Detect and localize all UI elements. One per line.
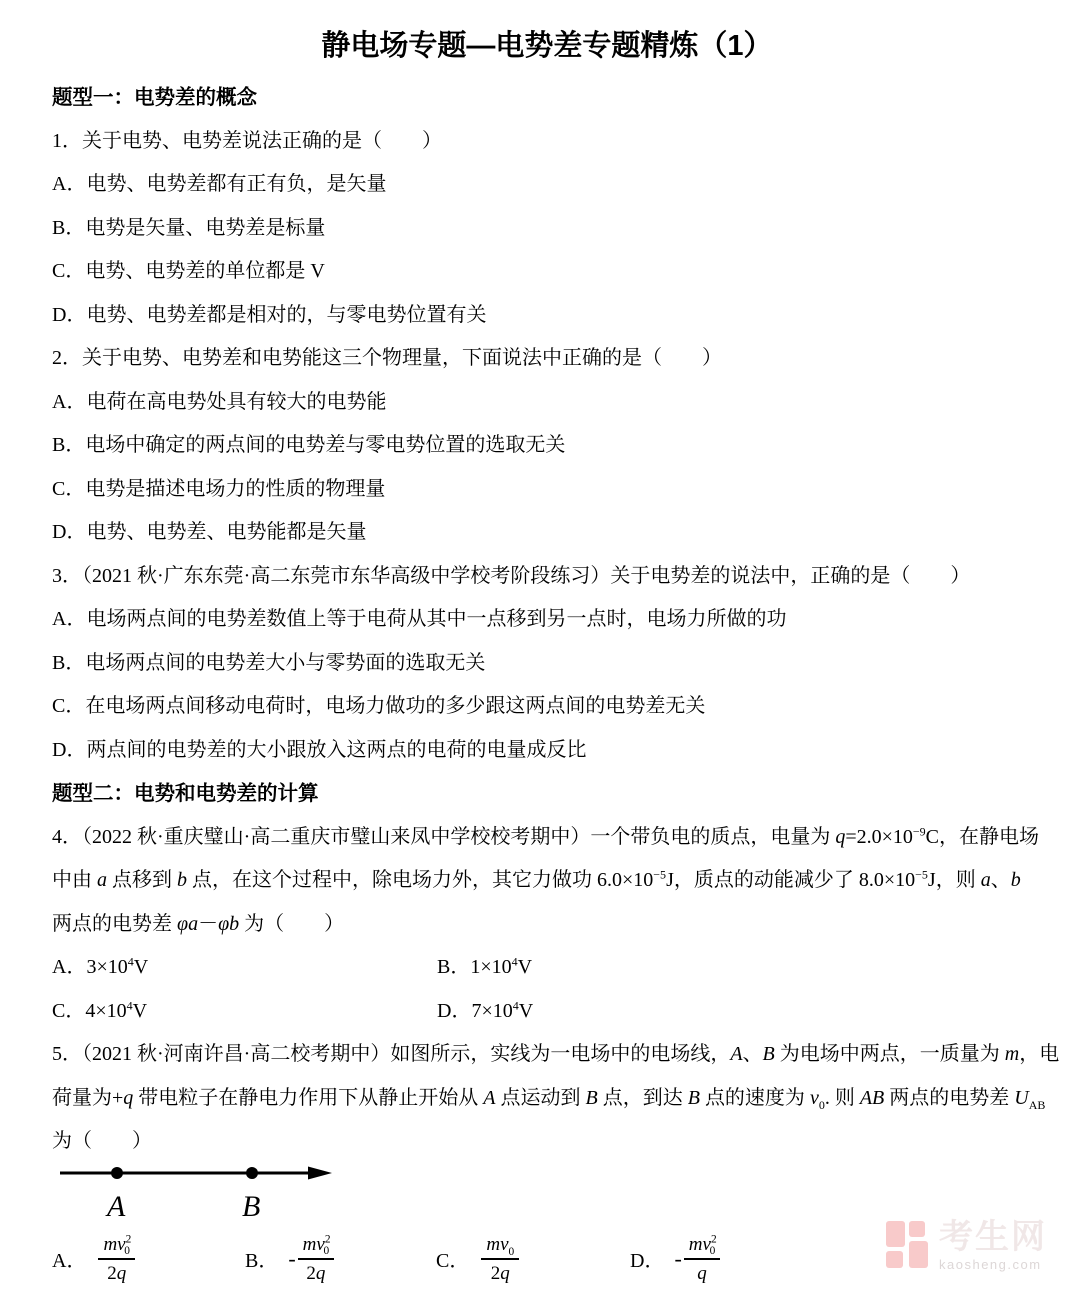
q5-option-a: A． mv20 2q: [52, 1226, 135, 1292]
document-page: 静电场专题—电势差专题精炼（1） 题型一：电势差的概念 1．关于电势、电势差说法…: [52, 0, 1042, 1292]
q1-option-d: D．电势、电势差都是相对的，与零电势位置有关: [52, 294, 1042, 338]
q5-option-b-sign: -: [288, 1246, 295, 1272]
q4-option-c: C．4×104V: [52, 1000, 147, 1022]
q5-option-a-denominator: 2q: [98, 1260, 135, 1284]
q5-option-a-label: A．: [52, 1244, 86, 1273]
q5-option-d-fraction: mv20 q: [684, 1234, 721, 1284]
q5-figure: A B: [52, 1164, 1042, 1226]
q5-option-c-fraction: mv0 2q: [481, 1234, 519, 1284]
watermark-domain: kaosheng.com: [939, 1257, 1047, 1272]
q5-option-b: B． - mv20 2q: [245, 1226, 334, 1292]
q5-option-d: D． - mv20 q: [630, 1226, 720, 1292]
q4-option-a: A．3×104V: [52, 956, 148, 978]
q1-stem: 1．关于电势、电势差说法正确的是（ ）: [52, 120, 1042, 164]
point-b-dot: [246, 1167, 258, 1179]
q3-option-d: D．两点间的电势差的大小跟放入这两点的电荷的电量成反比: [52, 729, 1042, 773]
kaosheng-logo-icon: [886, 1221, 930, 1271]
q2-option-a: A．电荷在高电势处具有较大的电势能: [52, 381, 1042, 425]
q2-stem: 2．关于电势、电势差和电势能这三个物理量，下面说法中正确的是（ ）: [52, 337, 1042, 381]
q4-options-row1: A．3×104V B．1×104V: [52, 946, 1042, 990]
section1-heading: 题型一：电势差的概念: [52, 76, 1042, 120]
q5-option-d-sign: -: [674, 1246, 681, 1272]
q3-stem: 3．（2021 秋·广东东莞·高二东莞市东华高级中学校考阶段练习）关于电势差的说…: [52, 555, 1042, 599]
q2-option-c: C．电势是描述电场力的性质的物理量: [52, 468, 1042, 512]
point-b-label: B: [242, 1190, 260, 1223]
q4-option-b: B．1×104V: [437, 946, 532, 990]
watermark: 考生网 kaosheng.com: [886, 1220, 1047, 1272]
q5-option-a-fraction: mv20 2q: [98, 1234, 135, 1284]
q5-option-b-fraction: mv20 2q: [298, 1234, 335, 1284]
field-line-diagram: A B: [58, 1164, 348, 1224]
q1-option-c: C．电势、电势差的单位都是 V: [52, 250, 1042, 294]
section2-heading: 题型二：电势和电势差的计算: [52, 772, 1042, 816]
point-a-dot: [111, 1167, 123, 1179]
q2-option-b: B．电场中确定的两点间的电势差与零电势位置的选取无关: [52, 424, 1042, 468]
q5-option-b-label: B．: [245, 1244, 278, 1273]
q4-stem-line1: 4．（2022 秋·重庆璧山·高二重庆市璧山来凤中学校校考期中）一个带负电的质点…: [52, 816, 1042, 860]
point-a-label: A: [105, 1190, 126, 1223]
q5-option-b-numerator: mv20: [298, 1234, 335, 1260]
q5-option-c: C． mv0 2q: [436, 1226, 519, 1292]
q5-option-d-numerator: mv20: [684, 1234, 721, 1260]
q4-option-d: D．7×104V: [437, 990, 533, 1034]
q5-option-c-denominator: 2q: [481, 1260, 519, 1284]
watermark-text: 考生网 kaosheng.com: [939, 1220, 1047, 1272]
q3-option-c: C．在电场两点间移动电荷时，电场力做功的多少跟这两点间的电势差无关: [52, 685, 1042, 729]
q5-option-b-denominator: 2q: [298, 1260, 335, 1284]
q5-option-d-label: D．: [630, 1244, 664, 1273]
q5-stem-line3: 为（ ）: [52, 1120, 1042, 1164]
q1-option-b: B．电势是矢量、电势差是标量: [52, 207, 1042, 251]
arrowhead-icon: [308, 1166, 332, 1179]
page-title: 静电场专题—电势差专题精炼（1）: [52, 0, 1042, 76]
q5-option-d-denominator: q: [684, 1260, 721, 1284]
watermark-brand: 考生网: [939, 1220, 1047, 1254]
q5-stem-line1: 5．（2021 秋·河南许昌·高二校考期中）如图所示，实线为一电场中的电场线，A…: [52, 1033, 1042, 1077]
q5-option-a-numerator: mv20: [98, 1234, 135, 1260]
q3-option-b: B．电场两点间的电势差大小与零势面的选取无关: [52, 642, 1042, 686]
q3-option-a: A．电场两点间的电势差数值上等于电荷从其中一点移到另一点时，电场力所做的功: [52, 598, 1042, 642]
q5-stem-line2: 荷量为+q 带电粒子在静电力作用下从静止开始从 A 点运动到 B 点，到达 B …: [52, 1077, 1042, 1121]
q4-stem-line2: 中由 a 点移到 b 点，在这个过程中，除电场力外，其它力做功 6.0×10−5…: [52, 859, 1042, 903]
q5-option-c-numerator: mv0: [481, 1234, 519, 1260]
q4-options-row2: C．4×104V D．7×104V: [52, 990, 1042, 1034]
q4-stem-line3: 两点的电势差 φa－φb 为（ ）: [52, 903, 1042, 947]
q5-option-c-label: C．: [436, 1244, 469, 1273]
q1-option-a: A．电势、电势差都有正有负，是矢量: [52, 163, 1042, 207]
q2-option-d: D．电势、电势差、电势能都是矢量: [52, 511, 1042, 555]
